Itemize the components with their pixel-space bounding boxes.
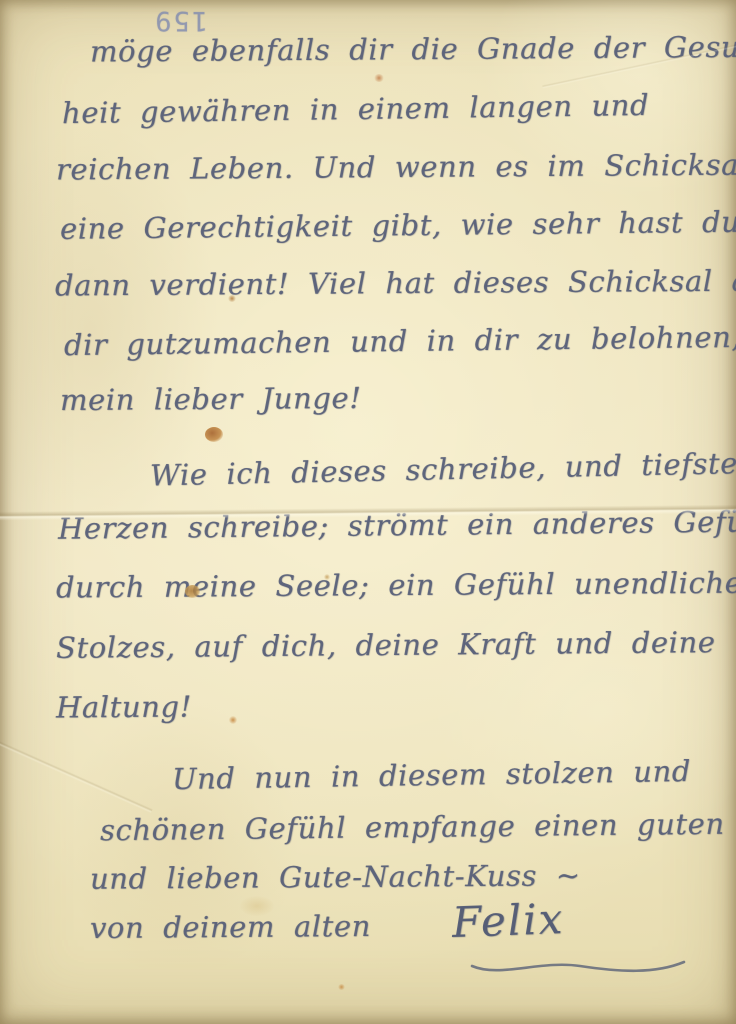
corner-crease (0, 732, 153, 814)
letter-line: schönen Gefühl empfange einen guten (100, 807, 725, 848)
letter-line: Stolzes, auf dich, deine Kraft und deine (56, 625, 716, 665)
signature-flourish (470, 952, 690, 982)
letter-line: dann verdient! Viel hat dieses Schicksal… (55, 264, 736, 303)
letter-line: Herzen schreibe; strömt ein anderes Gefü… (58, 504, 736, 546)
letter-line: Wie ich dieses schreibe, und tiefstem (150, 446, 736, 493)
letter-line: eine Gerechtigkeit gibt, wie sehr hast d… (60, 204, 736, 246)
paper-stain (205, 427, 223, 442)
paper-stain (374, 74, 384, 82)
letter-line: reichen Leben. Und wenn es im Schicksal (56, 148, 736, 187)
letter-line: von deinem alten (90, 909, 371, 945)
letter-line: und lieben Gute-Nacht-Kuss ~ (90, 858, 581, 895)
page-number-stamp: 159 (148, 0, 208, 36)
letter-line: dir gutzumachen und in dir zu belohnen, (64, 320, 736, 362)
letter-line: heit gewähren in einem langen und (62, 88, 650, 130)
letter-page: 159 möge ebenfalls dir die Gnade der Ges… (0, 0, 736, 1024)
letter-line: Haltung! (56, 690, 192, 725)
paper-stain (338, 984, 345, 990)
signature: Felix (451, 894, 565, 947)
letter-line: mein lieber Junge! (60, 381, 362, 417)
letter-line: durch meine Seele; ein Gefühl unendliche… (56, 566, 736, 605)
paper-stain (229, 716, 237, 724)
letter-line: Und nun in diesem stolzen und (172, 754, 691, 796)
letter-line: möge ebenfalls dir die Gnade der Gesund- (90, 30, 736, 69)
